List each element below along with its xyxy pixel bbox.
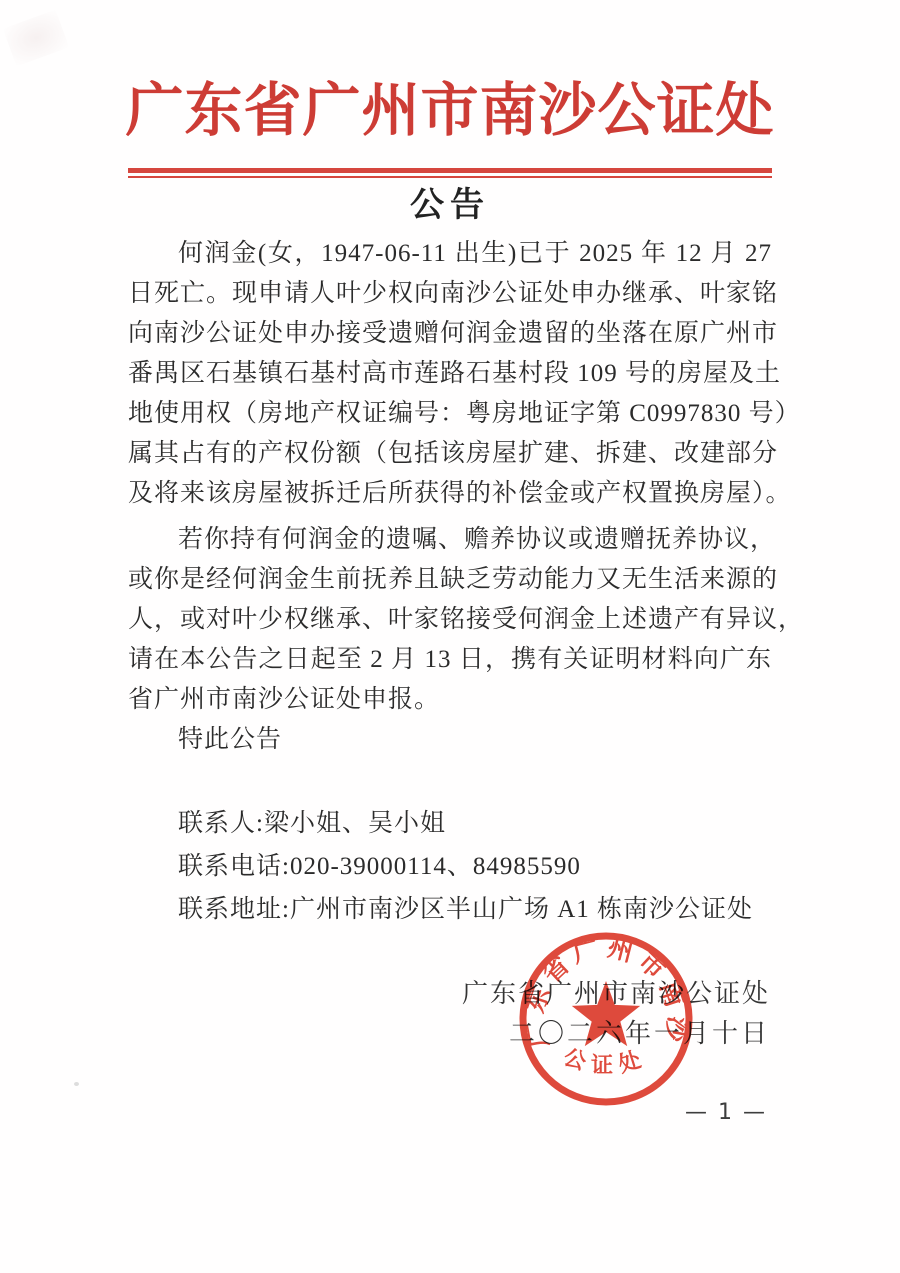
contact-address: 联系地址:广州市南沙区半山广场 A1 栋南沙公证处 bbox=[178, 888, 772, 931]
paragraph-line: 若你持有何润金的遗嘱、赡养协议或遗赠抚养协议， bbox=[128, 520, 772, 560]
page-number: — 1 — bbox=[685, 1100, 767, 1125]
paragraph-line: 省广州市南沙公证处申报。 bbox=[128, 680, 772, 720]
paragraph-line: 日死亡。现申请人叶少权向南沙公证处申办继承、叶家铭 bbox=[128, 274, 772, 314]
paragraph-line: 及将来该房屋被拆迁后所获得的补偿金或产权置换房屋）。 bbox=[128, 474, 772, 514]
paragraph-line: 人，或对叶少权继承、叶家铭接受何润金上述遗产有异议， bbox=[128, 600, 772, 640]
scan-speck bbox=[74, 1082, 79, 1086]
paragraph-line: 地使用权（房地产权证编号：粤房地证字第 C0997830 号） bbox=[128, 394, 772, 434]
contact-phone: 联系电话:020-39000114、84985590 bbox=[178, 845, 772, 888]
document-body: 公告 何润金(女，1947-06-11 出生)已于 2025 年 12 月 27… bbox=[128, 168, 772, 1055]
scanned-notice-page: 广东省广州市南沙公证处 公告 何润金(女，1947-06-11 出生)已于 20… bbox=[0, 0, 900, 1273]
paragraph-line: 属其占有的产权份额（包括该房屋扩建、拆建、改建部分 bbox=[128, 434, 772, 474]
paragraph-1: 何润金(女，1947-06-11 出生)已于 2025 年 12 月 27 日死… bbox=[128, 234, 772, 514]
notice-title: 公告 bbox=[128, 184, 772, 228]
paragraph-line: 何润金(女，1947-06-11 出生)已于 2025 年 12 月 27 bbox=[128, 234, 772, 274]
contact-block: 联系人:梁小姐、吴小姐 联系电话:020-39000114、84985590 联… bbox=[128, 802, 772, 931]
contact-person: 联系人:梁小姐、吴小姐 bbox=[178, 802, 772, 845]
seal-bottom-text: 公证处 bbox=[561, 1044, 652, 1077]
header-divider bbox=[128, 168, 772, 178]
scan-smudge bbox=[3, 10, 69, 67]
paragraph-line: 向南沙公证处申办接受遗赠何润金遗留的坐落在原广州市 bbox=[128, 314, 772, 354]
page-title: 广东省广州市南沙公证处 bbox=[120, 0, 780, 150]
svg-text:公证处: 公证处 bbox=[561, 1044, 652, 1077]
paragraph-line: 番禺区石基镇石基村高市莲路石基村段 109 号的房屋及土 bbox=[128, 354, 772, 394]
paragraph-2: 若你持有何润金的遗嘱、赡养协议或遗赠抚养协议， 或你是经何润金生前抚养且缺乏劳动… bbox=[128, 520, 772, 720]
closing-statement: 特此公告 bbox=[128, 720, 772, 760]
paragraph-line: 请在本公告之日起至 2 月 13 日，携有关证明材料向广东 bbox=[128, 640, 772, 680]
notary-seal-stamp-icon: 广东省广州市南沙 公证处 bbox=[516, 929, 696, 1109]
paragraph-line: 或你是经何润金生前抚养且缺乏劳动能力又无生活来源的 bbox=[128, 560, 772, 600]
seal-star-icon bbox=[572, 981, 640, 1046]
